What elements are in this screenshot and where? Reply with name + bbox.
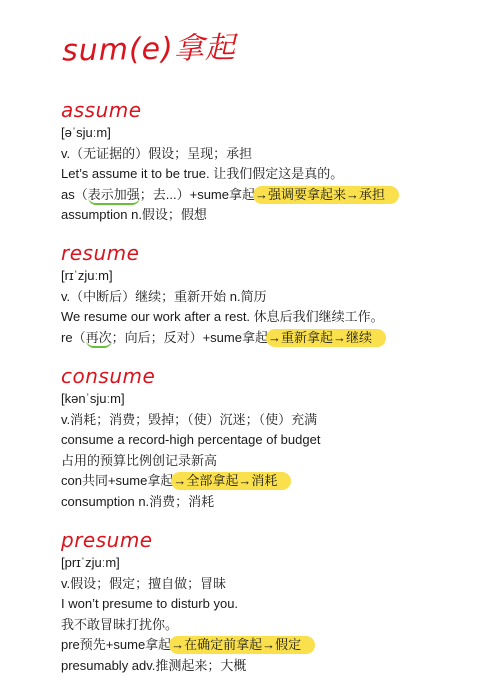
entry-assume: assume [əˈsjuːm] v.（无证据的）假设；呈现；承担 Let’s … [61, 97, 481, 226]
etymology-highlight: →在确定前拿起→假定 [169, 636, 315, 654]
etymology-prefix: as [61, 187, 75, 202]
entry-etymology: pre预先+sume拿起→在确定前拿起→假定 [61, 635, 481, 656]
entry-derivative: presumably adv.推测起来；大概 [61, 656, 481, 677]
etymology-highlight: →重新拿起→继续 [266, 329, 386, 347]
etymology-prefix: con共同+sume拿起 [61, 473, 173, 488]
entry-word: consume [61, 363, 481, 389]
entry-example: We resume our work after a rest. 休息后我们继续… [61, 307, 481, 328]
etymology-highlight: →全部拿起→消耗 [171, 472, 291, 490]
etymology-prefix: re [61, 330, 73, 345]
entry-example: I won’t presume to disturb you. [61, 594, 481, 615]
entry-example: Let’s assume it to be true. 让我们假定这是真的。 [61, 164, 481, 185]
entry-example: consume a record-high percentage of budg… [61, 430, 481, 451]
etymology-rest: ；向后；反对）+sume拿起 [112, 330, 268, 345]
etymology-underlined: 表示加强 [88, 187, 140, 205]
entry-example-translation: 我不敢冒昧打扰你。 [61, 615, 481, 636]
entry-derivative: consumption n.消费；消耗 [61, 492, 481, 513]
entry-word: assume [61, 97, 481, 123]
entry-etymology: re（再次；向后；反对）+sume拿起→重新拿起→继续 [61, 328, 481, 349]
entry-consume: consume [kənˈsjuːm] v.消耗；消费；毁掉；（使）沉迷；（使）… [61, 363, 481, 512]
entry-definition: v.假设；假定；擅自做；冒昧 [61, 574, 481, 595]
entry-derivative: assumption n.假设；假想 [61, 205, 481, 226]
entry-etymology: con共同+sume拿起→全部拿起→消耗 [61, 471, 481, 492]
etymology-open-paren: （ [75, 187, 88, 202]
etymology-underlined: 再次 [86, 330, 112, 348]
etymology-open-paren: （ [73, 330, 86, 345]
entry-presume: presume [prɪˈzjuːm] v.假设；假定；擅自做；冒昧 I won… [61, 527, 481, 676]
page-title: sum(e)拿起 [62, 22, 236, 69]
entry-example-translation: 占用的预算比例创记录新高 [61, 451, 481, 472]
etymology-prefix: pre预先+sume拿起 [61, 637, 171, 652]
entry-definition: v.消耗；消费；毁掉；（使）沉迷；（使）充满 [61, 410, 481, 431]
entry-definition: v.（中断后）继续；重新开始 n.简历 [61, 287, 481, 308]
entry-word: resume [61, 240, 481, 266]
entry-definition: v.（无证据的）假设；呈现；承担 [61, 144, 481, 165]
entry-phonetic: [prɪˈzjuːm] [61, 553, 481, 574]
entry-word: presume [61, 527, 481, 553]
entry-phonetic: [rɪˈzjuːm] [61, 266, 481, 287]
etymology-highlight: →强调要拿起来→承担 [253, 186, 399, 204]
entry-etymology: as（表示加强；去...）+sume拿起→强调要拿起来→承担 [61, 185, 481, 206]
entry-phonetic: [kənˈsjuːm] [61, 389, 481, 410]
entry-phonetic: [əˈsjuːm] [61, 123, 481, 144]
etymology-rest: ；去...）+sume拿起 [140, 187, 255, 202]
entry-resume: resume [rɪˈzjuːm] v.（中断后）继续；重新开始 n.简历 We… [61, 240, 481, 348]
